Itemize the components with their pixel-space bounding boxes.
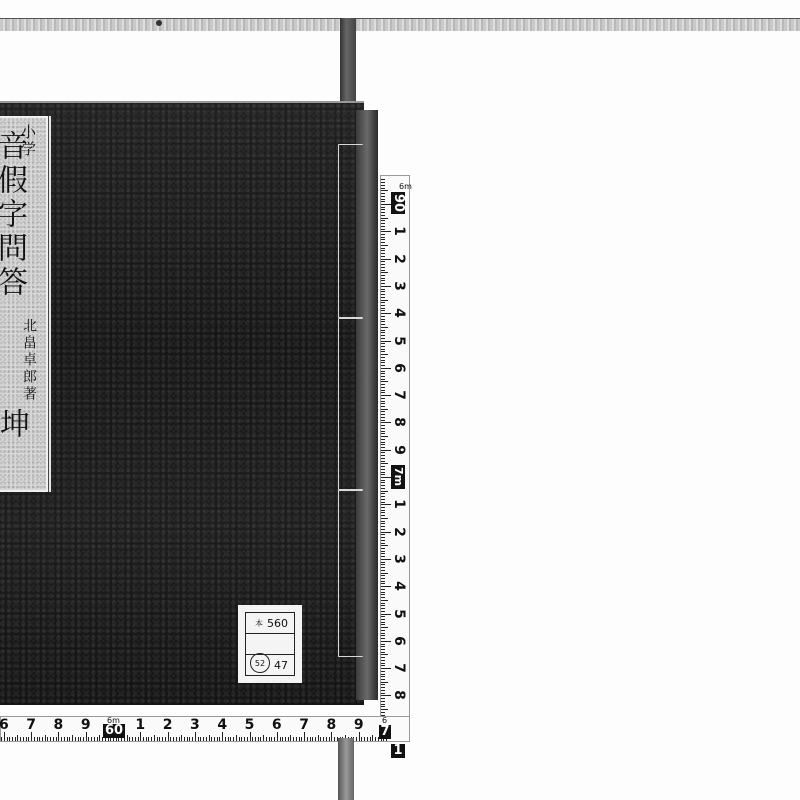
ruler-tick (381, 237, 385, 238)
ruler-tick (381, 401, 385, 402)
ruler-tick (381, 267, 385, 268)
ruler-tick (26, 737, 27, 741)
ruler-tick (381, 343, 385, 344)
ruler-tick (381, 687, 385, 688)
ruler-tick (381, 463, 388, 464)
ruler-tick (23, 737, 24, 741)
ruler-tick (381, 283, 385, 284)
ruler-tick (381, 485, 385, 486)
binding-thread-1 (338, 144, 363, 318)
ruler-tick (97, 737, 98, 741)
ruler-tick (381, 668, 391, 669)
ruler-tick (381, 578, 385, 579)
ruler-tick (381, 341, 391, 342)
ruler-tick (381, 704, 385, 705)
ruler-tick (381, 493, 385, 494)
ruler-tick (94, 737, 95, 741)
ruler-tick (381, 592, 385, 593)
ruler-tick (381, 330, 385, 331)
ruler-tick (381, 360, 385, 361)
ruler-tick (381, 270, 385, 271)
ruler-tick (209, 735, 210, 741)
ruler-tick (329, 737, 330, 741)
ruler-tick (165, 737, 166, 741)
ruler-tick (17, 735, 18, 741)
ruler-tick (293, 737, 294, 741)
ruler-tick (381, 469, 385, 470)
ruler-tick (381, 403, 385, 404)
ruler-box-label: 7m (391, 465, 405, 489)
ruler-tick (381, 480, 385, 481)
ruler-tick (47, 737, 48, 741)
ruler-tick (381, 365, 385, 366)
ruler-tick (138, 737, 139, 741)
ruler-tick (50, 737, 51, 741)
ruler-tick (258, 737, 259, 741)
ruler-tick (381, 261, 385, 262)
ruler-tick (132, 737, 133, 741)
ruler-tick (250, 732, 251, 741)
ruler-tick (381, 581, 385, 582)
ruler-unit: 6m (399, 182, 412, 191)
sticker-row-blank (246, 634, 294, 655)
ruler-tick (381, 327, 388, 328)
ruler-tick (381, 709, 388, 710)
ruler-tick (381, 351, 385, 352)
ruler-tick (170, 737, 171, 741)
ruler-tick (381, 368, 391, 369)
binding-thread-3 (338, 490, 363, 657)
ruler-tick (381, 188, 385, 189)
ruler-tick (381, 289, 385, 290)
ruler-tick (37, 737, 38, 741)
ruler-tick (64, 737, 65, 741)
ruler-tick (381, 548, 385, 549)
ruler-number: 5 (391, 607, 407, 621)
ruler-tick (323, 737, 324, 741)
ruler-tick (53, 737, 54, 741)
ruler-tick (381, 179, 385, 180)
ruler-tick (381, 482, 385, 483)
ruler-tick (381, 425, 385, 426)
ruler-tick (381, 420, 385, 421)
ruler-tick (263, 735, 264, 741)
ruler-tick (381, 701, 385, 702)
ruler-tick (381, 589, 385, 590)
ruler-number: 8 (391, 688, 407, 702)
ruler-unit: 6m (107, 716, 120, 725)
ruler-tick (381, 624, 385, 625)
ruler-tick (381, 220, 385, 221)
ruler-tick (381, 250, 385, 251)
ruler-tick (381, 193, 385, 194)
ruler-tick (228, 737, 229, 741)
ruler-tick (381, 603, 385, 604)
ruler-tick (146, 737, 147, 741)
ruler-tick (381, 376, 385, 377)
ruler-tick (15, 737, 16, 741)
ruler-tick (381, 406, 385, 407)
ruler-number: 7 (24, 717, 38, 733)
ruler-tick (381, 199, 385, 200)
ruler-tick (159, 737, 160, 741)
ruler-tick (381, 635, 385, 636)
ruler-tick (381, 239, 385, 240)
ruler-tick (280, 737, 281, 741)
ruler-tick (381, 532, 391, 533)
ruler-tick (331, 732, 332, 741)
ruler-tick (225, 737, 226, 741)
ruler-tick (381, 387, 385, 388)
author-name: 北畠卓郎著 (22, 318, 36, 403)
ruler-tick (381, 534, 385, 535)
ruler-tick (203, 737, 204, 741)
ruler-tick (381, 551, 385, 552)
ruler-tick (45, 735, 46, 741)
holder-rod-bottom (338, 738, 354, 800)
ruler-tick (381, 324, 385, 325)
ruler-tick (381, 529, 385, 530)
ruler-number: 6 (391, 634, 407, 648)
ruler-tick (381, 575, 385, 576)
ruler-tick (381, 466, 385, 467)
ruler-tick (381, 496, 385, 497)
ruler-tick (288, 737, 289, 741)
ruler-tick (381, 417, 385, 418)
holder-rod-top (340, 18, 356, 104)
title-label: 小学 音假字問答 北畠卓郎著 坤 (0, 116, 48, 492)
ruler-tick (381, 395, 391, 396)
ruler-tick (184, 737, 185, 741)
ruler-tick (230, 737, 231, 741)
ruler-tick (252, 737, 253, 741)
ruler-tick (86, 732, 87, 741)
ruler-tick (72, 735, 73, 741)
ruler-tick (381, 392, 385, 393)
ruler-tick (381, 507, 385, 508)
ruler-number: 2 (391, 252, 407, 266)
ruler-tick (151, 737, 152, 741)
ruler-tick (381, 573, 388, 574)
ruler-tick (381, 264, 385, 265)
ruler-tick (381, 196, 385, 197)
ruler-tick (381, 428, 385, 429)
ruler-tick (381, 526, 385, 527)
ruler-tick (359, 732, 360, 741)
ruler-tick (381, 384, 385, 385)
ruler-tick (274, 737, 275, 741)
ruler-tick (381, 674, 385, 675)
ruler-tick (69, 737, 70, 741)
ruler-tick (381, 652, 385, 653)
ruler-number: 9 (352, 717, 366, 733)
ruler-tick (381, 671, 385, 672)
book-cover (0, 101, 364, 705)
ruler-tick (381, 297, 385, 298)
ruler-tick (381, 712, 385, 713)
ruler-tick (381, 231, 391, 232)
ruler-tick (381, 644, 385, 645)
ruler-tick (381, 381, 388, 382)
ruler-tick (381, 611, 385, 612)
ruler-tick (381, 253, 385, 254)
ruler-box-label: 90 (391, 192, 405, 214)
ruler-tick (381, 477, 391, 478)
ruler-tick (381, 338, 385, 339)
ruler-tick (381, 398, 385, 399)
ruler-tick (173, 737, 174, 741)
ruler-tick (255, 737, 256, 741)
round-stamp: 52 (250, 653, 270, 673)
ruler-tick (20, 737, 21, 741)
ruler-tick (381, 690, 385, 691)
ruler-tick (75, 737, 76, 741)
ruler-tick (381, 619, 385, 620)
ruler-tick (381, 390, 385, 391)
ruler-tick (381, 543, 385, 544)
ruler-number: 4 (215, 717, 229, 733)
ruler-tick (381, 523, 385, 524)
ruler-tick (42, 737, 43, 741)
ruler-tick (381, 242, 385, 243)
ruler-tick (99, 735, 100, 741)
ruler-tick (148, 737, 149, 741)
ruler-number: 7 (297, 717, 311, 733)
ruler-tick (12, 737, 13, 741)
ruler-tick (381, 638, 385, 639)
ruler-tick (381, 286, 391, 287)
ruler-tick (189, 737, 190, 741)
ruler-number: 1 (133, 717, 147, 733)
ruler-tick (80, 737, 81, 741)
ruler-tick (381, 346, 385, 347)
ruler-tick (67, 737, 68, 741)
ruler-number: 2 (391, 525, 407, 539)
ruler-tick (381, 300, 388, 301)
ruler-tick (381, 665, 385, 666)
ruler-tick (195, 732, 196, 741)
ruler-tick (381, 316, 385, 317)
ruler-tick (381, 515, 385, 516)
ruler-tick (31, 732, 32, 741)
ruler-tick (381, 594, 385, 595)
ruler-tick (381, 452, 385, 453)
ruler-tick (381, 597, 385, 598)
ruler-tick (381, 510, 385, 511)
ruler-tick (381, 444, 385, 445)
sticker-row-volume: 52 47 (246, 655, 294, 675)
ruler-tick (381, 564, 385, 565)
ruler-tick (381, 313, 391, 314)
ruler-tick (381, 291, 385, 292)
ruler-tick (364, 737, 365, 741)
ruler-tick (381, 349, 385, 350)
ruler-number: 4 (391, 579, 407, 593)
ruler-tick (381, 654, 388, 655)
ruler-tick (304, 732, 305, 741)
ruler-tick (244, 737, 245, 741)
ruler-tick (381, 518, 388, 519)
ruler-number: 6 (0, 717, 11, 733)
ruler-tick (162, 737, 163, 741)
ruler-tick (381, 545, 388, 546)
ruler-tick (211, 737, 212, 741)
ruler-tick (88, 737, 89, 741)
ruler-tick (269, 737, 270, 741)
ruler-tick (381, 660, 385, 661)
ruler-number: 7 (391, 388, 407, 402)
ruler-tick (236, 735, 237, 741)
ruler-number: 9 (79, 717, 93, 733)
ruler-tick (58, 732, 59, 741)
ruler-tick (179, 737, 180, 741)
ruler-tick (381, 676, 385, 677)
ruler-number: 3 (391, 279, 407, 293)
ruler-tick (28, 737, 29, 741)
ruler-tick (135, 737, 136, 741)
ruler-tick (381, 357, 385, 358)
ruler-tick (282, 737, 283, 741)
ruler-tick (381, 275, 385, 276)
ruler-number: 4 (391, 306, 407, 320)
ruler-number: 3 (188, 717, 202, 733)
ruler-tick (381, 234, 385, 235)
ruler-tick (381, 245, 388, 246)
ruler-tick (381, 308, 385, 309)
ruler-tick (381, 305, 385, 306)
ruler-tick (381, 362, 385, 363)
ruler-tick (381, 411, 385, 412)
ruler-tick (154, 735, 155, 741)
ruler-tick (381, 657, 385, 658)
ruler-tick (381, 335, 385, 336)
ruler-tick (9, 737, 10, 741)
ruler-tick (381, 439, 385, 440)
ruler-tick (381, 608, 385, 609)
ruler-number: 6 (270, 717, 284, 733)
ruler-tick (219, 737, 220, 741)
ruler-tick (381, 472, 385, 473)
ruler-number: 8 (391, 415, 407, 429)
ruler-tick (370, 737, 371, 741)
ruler-number: 1 (391, 497, 407, 511)
ruler-tick (381, 633, 385, 634)
ruler-tick (381, 616, 385, 617)
ruler-tick (381, 556, 385, 557)
ruler-tick (290, 735, 291, 741)
ruler-tick (381, 679, 385, 680)
ruler-tick (381, 436, 388, 437)
ruler-tick (381, 502, 385, 503)
ruler-tick (381, 455, 385, 456)
ruler-tick (381, 354, 388, 355)
ruler-tick (310, 737, 311, 741)
ruler-box-label: 1 (391, 744, 405, 758)
ruler-number: 3 (391, 552, 407, 566)
ruler-tick (381, 695, 391, 696)
main-title: 音假字問答 (0, 130, 24, 300)
ruler-tick (381, 447, 385, 448)
ruler-tick (381, 218, 388, 219)
ruler-tick (1, 737, 2, 741)
ruler-tick (375, 737, 376, 741)
ruler-tick (78, 737, 79, 741)
ruler-tick (39, 737, 40, 741)
ruler-number: 5 (243, 717, 257, 733)
ruler-tick (381, 414, 385, 415)
ruler-tick (83, 737, 84, 741)
ruler-tick (381, 641, 391, 642)
ruler-tick (307, 737, 308, 741)
ruler-tick (381, 614, 391, 615)
vertical-scale-ruler: 901234567897m12345678916m (380, 175, 410, 739)
ruler-tick (320, 737, 321, 741)
ruler-tick (381, 553, 385, 554)
ruler-tick (381, 332, 385, 333)
ruler-tick (381, 190, 388, 191)
ruler-tick (381, 272, 388, 273)
ruler-tick (372, 735, 373, 741)
ruler-tick (381, 605, 385, 606)
ruler-tick (381, 280, 385, 281)
ruler-tick (381, 182, 385, 183)
ruler-tick (381, 461, 385, 462)
ruler-tick (381, 212, 385, 213)
ruler-tick (381, 321, 385, 322)
ruler-tick (381, 422, 391, 423)
ruler-tick (381, 504, 391, 505)
ruler-tick (34, 737, 35, 741)
ruler-tick (381, 586, 391, 587)
ruler-tick (381, 223, 385, 224)
ruler-tick (198, 737, 199, 741)
ruler-tick (176, 737, 177, 741)
ruler-tick (381, 433, 385, 434)
ruler-tick (381, 185, 385, 186)
library-sticker: 本 560 52 47 (238, 605, 302, 683)
sticker-row-call-number: 本 560 (246, 613, 294, 634)
ruler-tick (381, 488, 385, 489)
ruler-tick (233, 737, 234, 741)
ruler-box-label: 60 (103, 724, 125, 738)
ruler-tick (381, 256, 385, 257)
ruler-tick (381, 204, 391, 205)
ruler-tick (381, 627, 388, 628)
ruler-tick (381, 201, 385, 202)
ruler-tick (299, 737, 300, 741)
ruler-tick (381, 600, 388, 601)
ruler-tick (381, 663, 385, 664)
ruler-tick (4, 732, 5, 741)
ruler-tick (381, 698, 385, 699)
ruler-tick (381, 537, 385, 538)
ruler-tick (381, 229, 385, 230)
ruler-number: 9 (391, 443, 407, 457)
ruler-tick (200, 737, 201, 741)
ruler-number: 5 (391, 334, 407, 348)
ruler-tick (206, 737, 207, 741)
ruler-tick (381, 559, 391, 560)
ruler-tick (217, 737, 218, 741)
ruler-tick (260, 737, 261, 741)
ruler-tick (381, 684, 385, 685)
ruler-tick (157, 737, 158, 741)
ruler-tick (7, 737, 8, 741)
ruler-tick (381, 706, 385, 707)
ruler-tick (381, 540, 385, 541)
ruler-tick (381, 371, 385, 372)
ruler-number: 2 (161, 717, 175, 733)
